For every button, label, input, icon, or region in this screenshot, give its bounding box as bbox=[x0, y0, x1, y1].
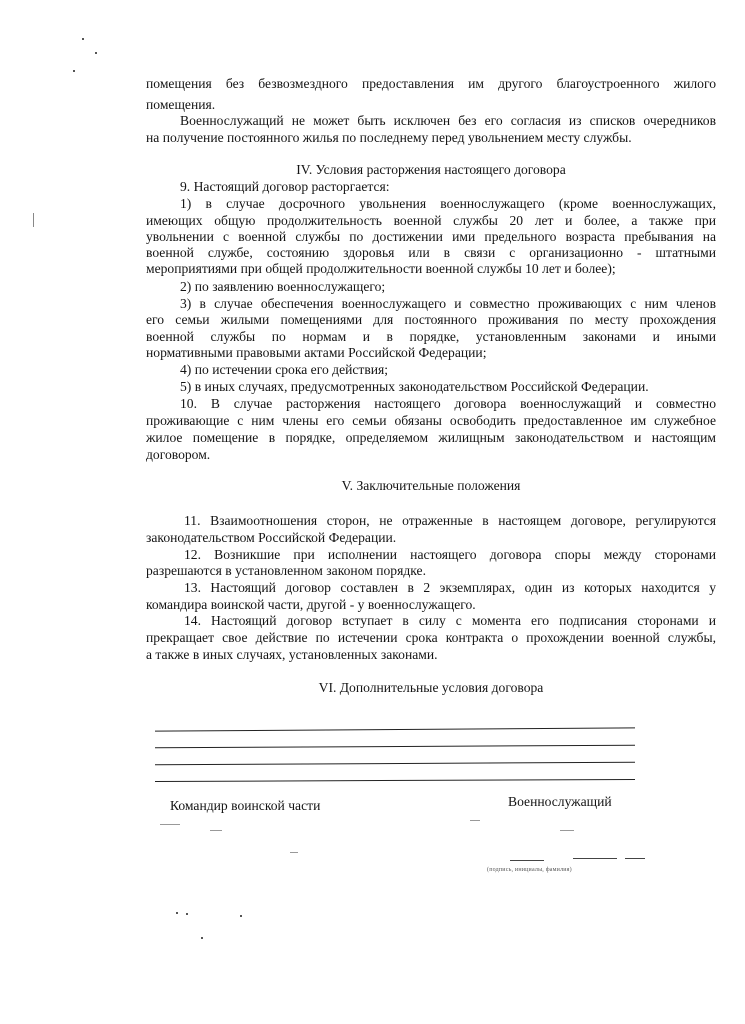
document-page: помещения без безвозмездного предоставле… bbox=[0, 0, 745, 1024]
scan-mark bbox=[33, 213, 34, 227]
serviceman-signature-label: Военнослужащий bbox=[508, 794, 612, 810]
item-9-sub1-line4: военной службе, состоянию здоровья или в… bbox=[146, 245, 716, 261]
scan-smudge bbox=[210, 830, 222, 831]
scan-smudge bbox=[470, 820, 480, 821]
blank-line-4[interactable] bbox=[155, 779, 635, 782]
scan-speck bbox=[176, 912, 178, 914]
item-12-line1: 12. Возникшие при исполнении настоящего … bbox=[184, 547, 716, 563]
item-9-sub3-line4: нормативными правовыми актами Российской… bbox=[146, 345, 486, 361]
intro-p2-line2: на получение постоянного жилья по послед… bbox=[146, 130, 632, 146]
blank-line-1[interactable] bbox=[155, 727, 635, 731]
scan-speck bbox=[201, 937, 203, 939]
item-9-sub1-line5: мероприятиями при общей продолжительност… bbox=[146, 261, 616, 277]
item-9-sub4: 4) по истечении срока его действия; bbox=[180, 362, 388, 378]
item-9-sub1-line1: 1) в случае досрочного увольнения военно… bbox=[180, 196, 716, 212]
commander-signature-label: Командир воинской части bbox=[170, 798, 320, 814]
section-4-title: IV. Условия расторжения настоящего догов… bbox=[146, 162, 716, 178]
scan-smudge bbox=[560, 830, 574, 831]
item-11-line1: 11. Взаимоотношения сторон, не отраженны… bbox=[184, 513, 716, 529]
item-9-sub3-line1: 3) в случае обеспечения военнослужащего … bbox=[180, 296, 716, 312]
intro-p2-line1: Военнослужащий не может быть исключен бе… bbox=[180, 113, 716, 129]
scan-smudge bbox=[160, 824, 180, 825]
item-13-line1: 13. Настоящий договор составлен в 2 экзе… bbox=[184, 580, 716, 596]
blank-line-2[interactable] bbox=[155, 745, 635, 749]
intro-p1-line2: помещения. bbox=[146, 97, 215, 113]
item-11-line2: законодательством Российской Федерации. bbox=[146, 530, 396, 546]
scan-speck bbox=[73, 70, 75, 72]
signature-line-3[interactable] bbox=[625, 858, 645, 859]
item-9: 9. Настоящий договор расторгается: bbox=[180, 179, 390, 195]
item-10-line2: проживающие с ним члены его семьи обязан… bbox=[146, 413, 716, 429]
item-9-sub2: 2) по заявлению военнослужащего; bbox=[180, 279, 385, 295]
serviceman-signature-caption: (подпись, инициалы, фамилия) bbox=[487, 867, 572, 873]
item-9-sub1-line3: увольнении с военной службы по достижени… bbox=[146, 229, 716, 245]
item-10-line4: договором. bbox=[146, 447, 210, 463]
item-9-sub5: 5) в иных случаях, предусмотренных закон… bbox=[180, 379, 649, 395]
signature-line-2[interactable] bbox=[573, 858, 617, 859]
blank-line-3[interactable] bbox=[155, 762, 635, 766]
section-5-title: V. Заключительные положения bbox=[146, 478, 716, 494]
item-10-line1: 10. В случае расторжения настоящего дого… bbox=[180, 396, 716, 412]
scan-speck bbox=[95, 52, 97, 54]
item-10-line3: жилое помещение в порядке, определяемом … bbox=[146, 430, 716, 446]
item-9-sub3-line3: военной службы по нормам и в порядке, ус… bbox=[146, 329, 716, 345]
item-9-sub3-line2: его семьи жилыми помещениями для постоян… bbox=[146, 312, 716, 328]
item-14-line3: а также в иных случаях, установленных за… bbox=[146, 647, 438, 663]
scan-smudge bbox=[290, 852, 298, 853]
item-9-sub1-line2: имеющих общую продолжительность военной … bbox=[146, 213, 716, 229]
scan-speck bbox=[240, 915, 242, 917]
item-12-line2: разрешаются в установленном законом поря… bbox=[146, 563, 426, 579]
item-14-line2: прекращает свое действие по истечении ср… bbox=[146, 630, 716, 646]
scan-speck bbox=[186, 913, 188, 915]
section-6-title: VI. Дополнительные условия договора bbox=[146, 680, 716, 696]
item-14-line1: 14. Настоящий договор вступает в силу с … bbox=[184, 613, 716, 629]
signature-line-1[interactable] bbox=[510, 860, 544, 861]
scan-speck bbox=[82, 38, 84, 40]
intro-p1-line1: помещения без безвозмездного предоставле… bbox=[146, 76, 716, 92]
item-13-line2: командира воинской части, другой - у вое… bbox=[146, 597, 476, 613]
